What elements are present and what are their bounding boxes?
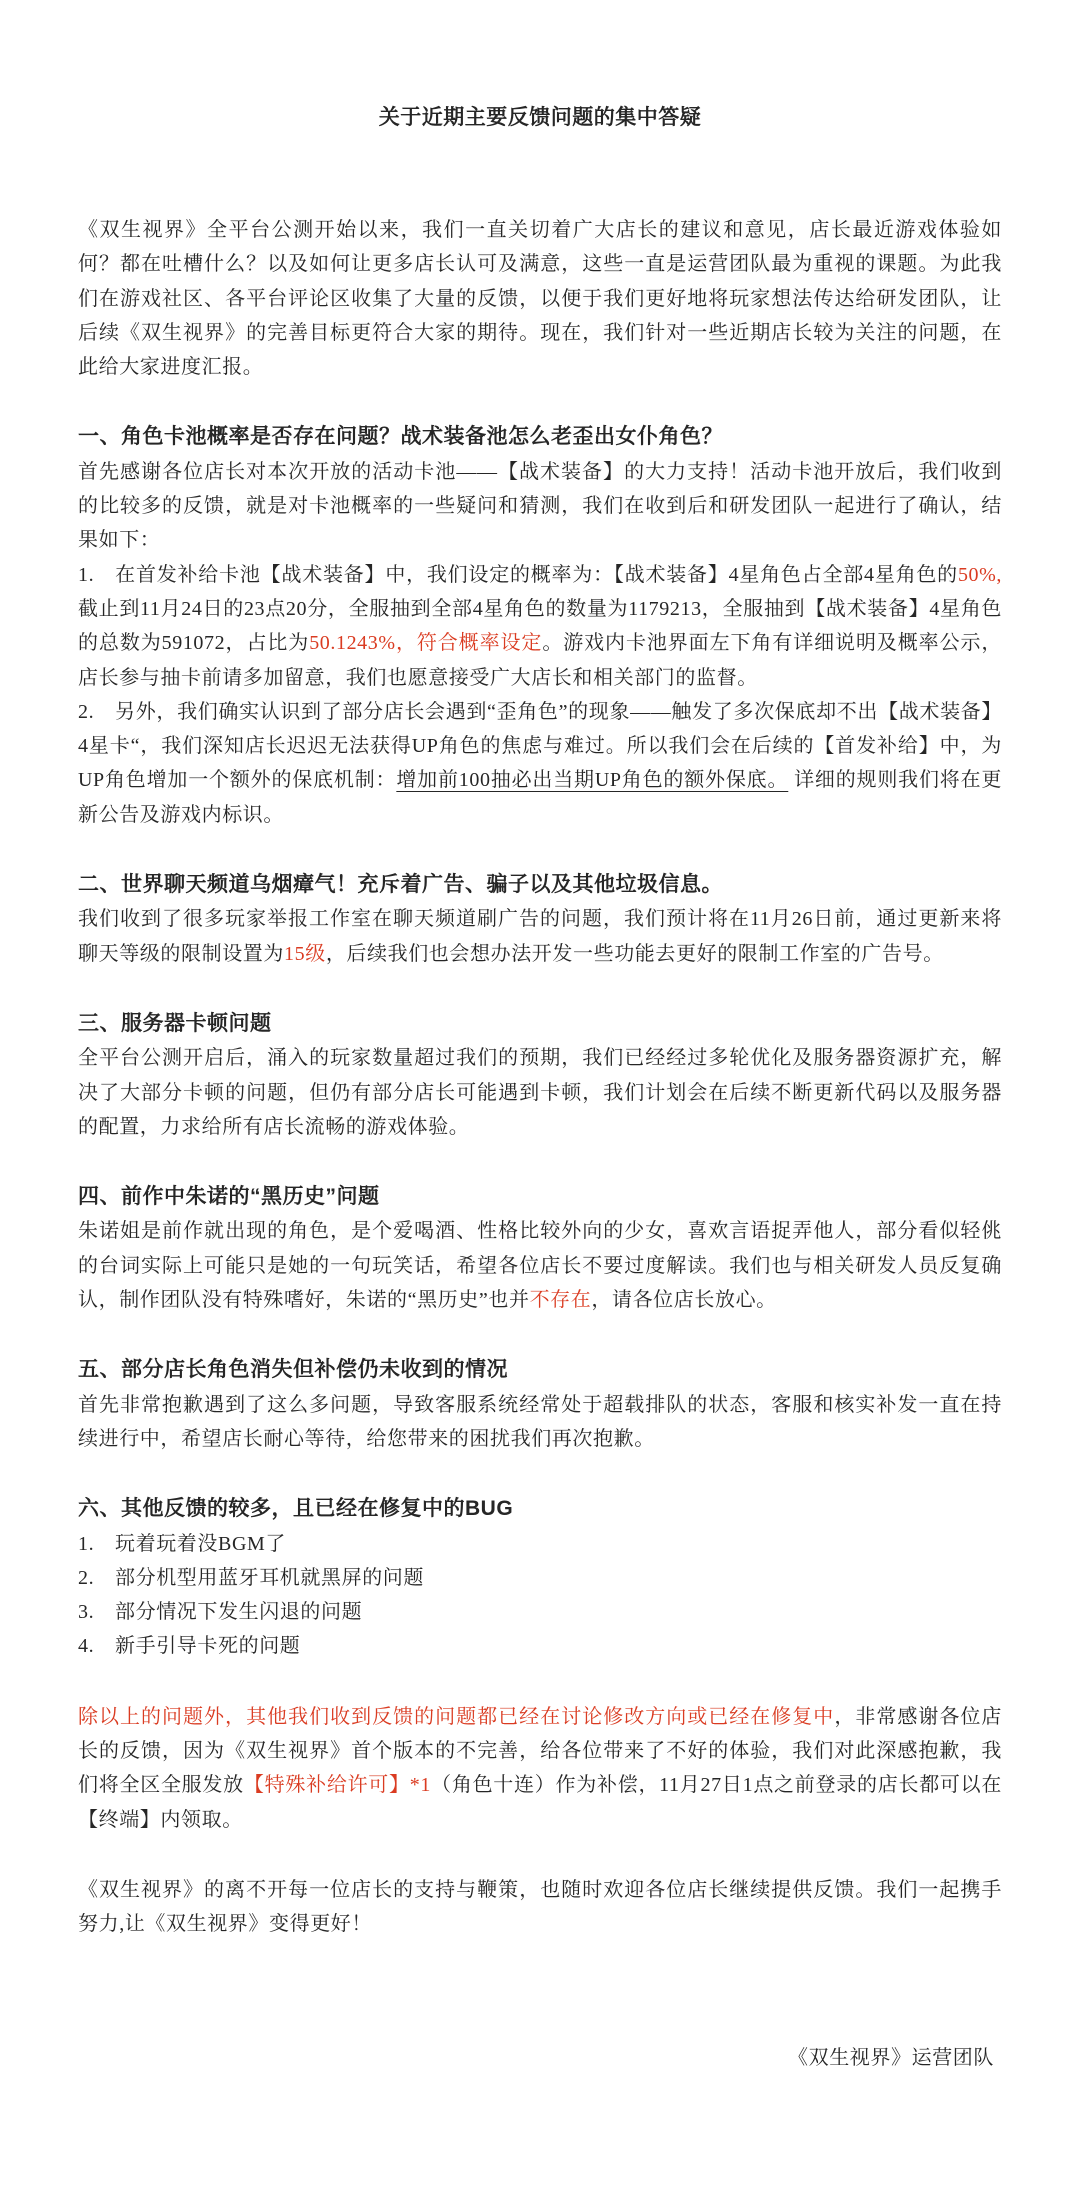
gacha-item-1: 1.在首发补给卡池【战术装备】中，我们设定的概率为：【战术装备】4星角色占全部4… xyxy=(78,558,1002,695)
bug-text-4: 新手引导卡死的问题 xyxy=(115,1635,300,1657)
highlight-not-exist: 不存在 xyxy=(530,1289,592,1311)
page-title: 关于近期主要反馈问题的集中答疑 xyxy=(78,103,1002,133)
section-3-body: 全平台公测开启后，涌入的玩家数量超过我们的预期，我们已经经过多轮优化及服务器资源… xyxy=(78,1041,1002,1144)
bug-item-2: 2.部分机型用蓝牙耳机就黑屏的问题 xyxy=(78,1561,1002,1595)
section-1-lead: 首先感谢各位店长对本次开放的活动卡池——【战术装备】的大力支持！活动卡池开放后，… xyxy=(78,455,1002,558)
section-4-text-2: ，请各位店长放心。 xyxy=(591,1289,776,1311)
section-6-heading: 六、其他反馈的较多，且已经在修复中的BUG xyxy=(78,1492,1002,1526)
section-2-body: 我们收到了很多玩家举报工作室在聊天频道刷广告的问题，我们预计将在11月26日前，… xyxy=(78,902,1002,971)
bug-number-1: 1. xyxy=(78,1527,115,1561)
section-1-heading: 一、角色卡池概率是否存在问题？战术装备池怎么老歪出女仆角色？ xyxy=(78,420,1002,454)
section-5-heading: 五、部分店长角色消失但补偿仍未收到的情况 xyxy=(78,1353,1002,1387)
bug-text-2: 部分机型用蓝牙耳机就黑屏的问题 xyxy=(115,1567,424,1589)
highlight-compensation-item: 【特殊补给许可】*1 xyxy=(244,1774,431,1796)
bug-number-4: 4. xyxy=(78,1629,115,1663)
bug-number-2: 2. xyxy=(78,1561,115,1595)
section-4-heading: 四、前作中朱诺的“黑历史”问题 xyxy=(78,1180,1002,1214)
section-4-body: 朱诺姐是前作就出现的角色，是个爱喝酒、性格比较外向的少女，喜欢言语捉弄他人，部分… xyxy=(78,1214,1002,1317)
announcement-document: 关于近期主要反馈问题的集中答疑 《双生视界》全平台公测开始以来，我们一直关切着广… xyxy=(0,0,1080,2191)
bug-item-3: 3.部分情况下发生闪退的问题 xyxy=(78,1595,1002,1629)
list-number-2: 2. xyxy=(78,695,115,729)
highlight-level-15: 15级 xyxy=(284,943,326,965)
section-5-body: 首先非常抱歉遇到了这么多问题，导致客服系统经常处于超载排队的状态，客服和核实补发… xyxy=(78,1388,1002,1457)
gacha-item-2: 2.另外，我们确实认识到了部分店长会遇到“歪角色”的现象——触发了多次保底却不出… xyxy=(78,695,1002,832)
signature: 《双生视界》运营团队 xyxy=(78,2041,1002,2075)
outro-paragraph: 《双生视界》的离不开每一位店长的支持与鞭策，也随时欢迎各位店长继续提供反馈。我们… xyxy=(78,1873,1002,1942)
closing-paragraph: 除以上的问题外，其他我们收到反馈的问题都已经在讨论修改方向或已经在修复中，非常感… xyxy=(78,1700,1002,1837)
highlight-rate-result: 50.1243%，符合概率设定 xyxy=(309,632,542,654)
bug-item-4: 4.新手引导卡死的问题 xyxy=(78,1629,1002,1663)
intro-paragraph: 《双生视界》全平台公测开始以来，我们一直关切着广大店长的建议和意见，店长最近游戏… xyxy=(78,213,1002,384)
bug-item-1: 1.玩着玩着没BGM了 xyxy=(78,1527,1002,1561)
section-3-heading: 三、服务器卡顿问题 xyxy=(78,1007,1002,1041)
bug-list: 1.玩着玩着没BGM了 2.部分机型用蓝牙耳机就黑屏的问题 3.部分情况下发生闪… xyxy=(78,1527,1002,1664)
section-2-text-2: ，后续我们也会想办法开发一些功能去更好的限制工作室的广告号。 xyxy=(326,943,944,965)
highlight-50-percent: 50%, xyxy=(958,564,1002,586)
gacha-item-1-text: 在首发补给卡池【战术装备】中，我们设定的概率为：【战术装备】4星角色占全部4星角… xyxy=(115,564,958,586)
highlight-fix-status: 除以上的问题外，其他我们收到反馈的问题都已经在讨论修改方向或已经在修复中 xyxy=(78,1706,834,1728)
section-2-heading: 二、世界聊天频道乌烟瘴气！充斥着广告、骗子以及其他垃圾信息。 xyxy=(78,868,1002,902)
list-number-1: 1. xyxy=(78,558,115,592)
bug-number-3: 3. xyxy=(78,1595,115,1629)
bug-text-3: 部分情况下发生闪退的问题 xyxy=(115,1601,362,1623)
bug-text-1: 玩着玩着没BGM了 xyxy=(115,1533,286,1555)
underline-pity-rule: 增加前100抽必出当期UP角色的额外保底。 xyxy=(396,769,788,791)
